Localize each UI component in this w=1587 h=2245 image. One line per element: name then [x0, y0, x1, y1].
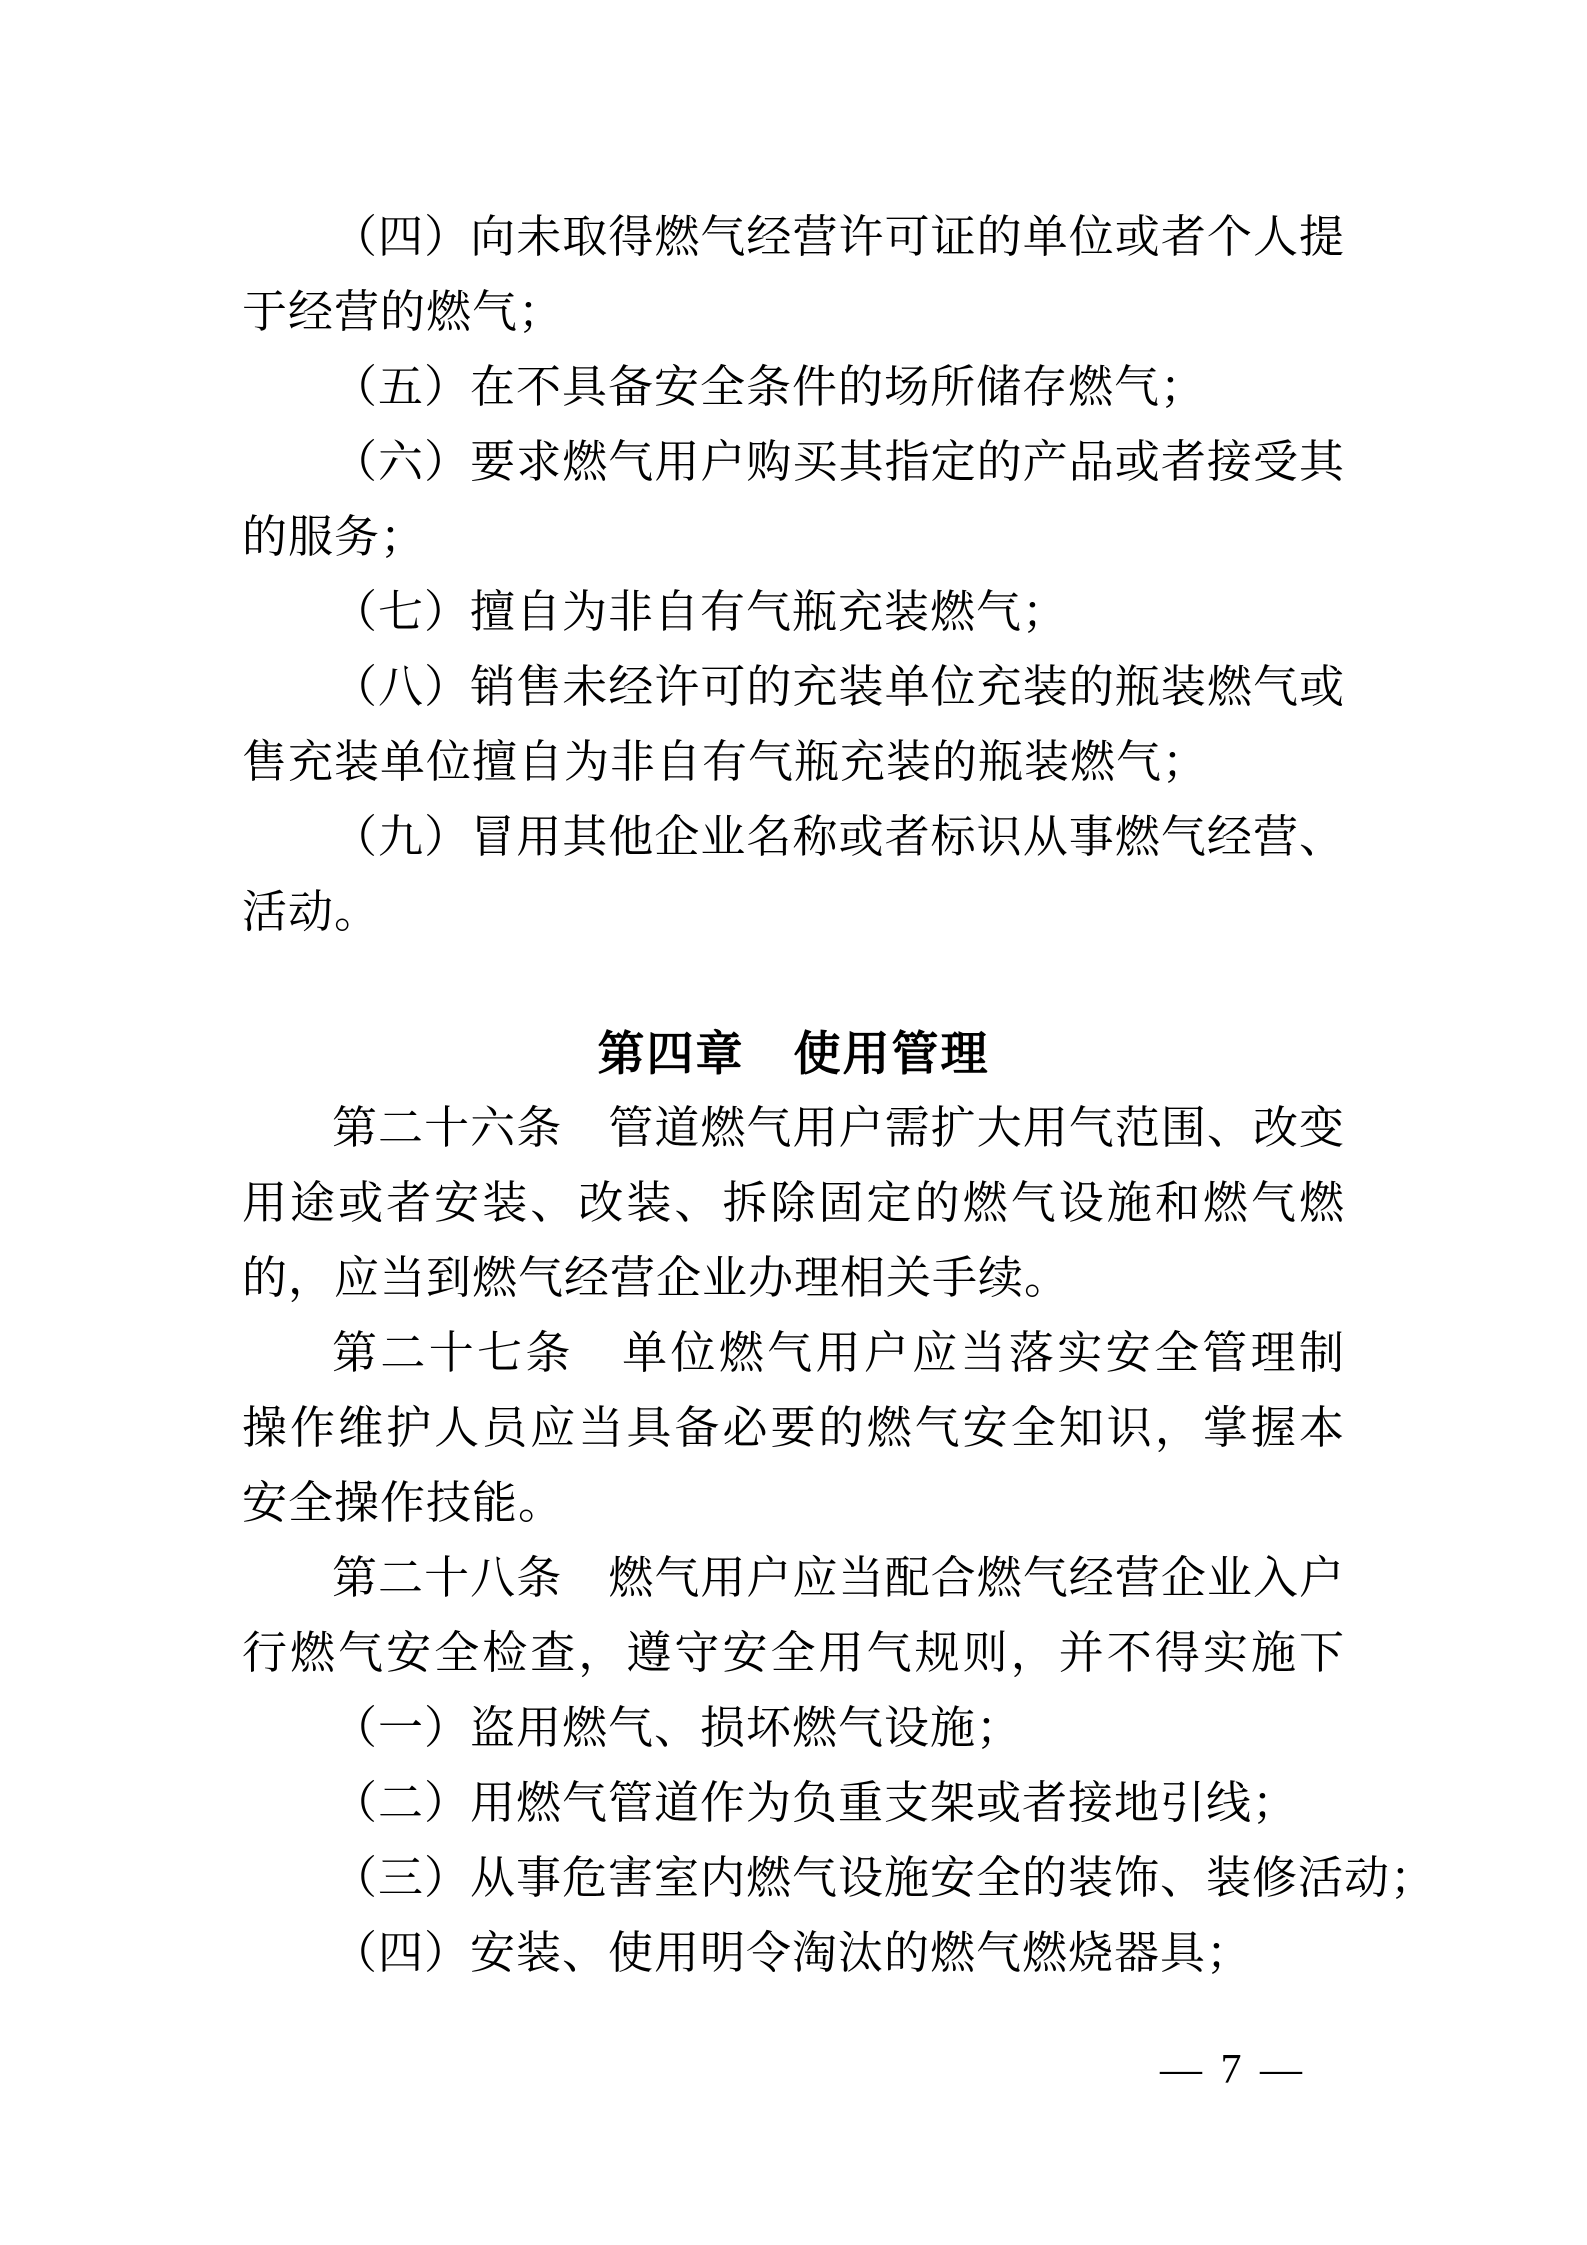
text-line: 第二十八条 燃气用户应当配合燃气经营企业入户进: [242, 1541, 1345, 1616]
text-line: （一）盗用燃气、损坏燃气设施；: [242, 1691, 1345, 1766]
chapter-heading: 第四章 使用管理: [242, 1016, 1345, 1091]
text-line: （七）擅自为非自有气瓶充装燃气；: [242, 575, 1345, 650]
text-line: 的服务；: [242, 500, 1345, 575]
text-line: （八）销售未经许可的充装单位充装的瓶装燃气或者销: [242, 650, 1345, 725]
text-line: （四）向未取得燃气经营许可证的单位或者个人提供用: [242, 200, 1345, 275]
document-page: （四）向未取得燃气经营许可证的单位或者个人提供用于经营的燃气；（五）在不具备安全…: [0, 0, 1587, 2245]
text-line: 安全操作技能。: [242, 1466, 1345, 1541]
paragraphs-after-heading: 第二十六条 管道燃气用户需扩大用气范围、改变燃气用途或者安装、改装、拆除固定的燃…: [242, 1091, 1345, 1991]
heading-spacer: [242, 950, 1345, 1016]
text-line: （五）在不具备安全条件的场所储存燃气；: [242, 350, 1345, 425]
text-line: 第二十六条 管道燃气用户需扩大用气范围、改变燃气: [242, 1091, 1345, 1166]
text-line: （四）安装、使用明令淘汰的燃气燃烧器具；: [242, 1916, 1345, 1991]
text-line: 操作维护人员应当具备必要的燃气安全知识，掌握本岗位的: [242, 1391, 1345, 1466]
text-line: （二）用燃气管道作为负重支架或者接地引线；: [242, 1766, 1345, 1841]
text-line: 售充装单位擅自为非自有气瓶充装的瓶装燃气；: [242, 725, 1345, 800]
text-line: 行燃气安全检查，遵守安全用气规则，并不得实施下列行为：: [242, 1616, 1345, 1691]
text-line: （九）冒用其他企业名称或者标识从事燃气经营、服务: [242, 800, 1345, 875]
text-line: （六）要求燃气用户购买其指定的产品或者接受其提供: [242, 425, 1345, 500]
paragraphs-before-heading: （四）向未取得燃气经营许可证的单位或者个人提供用于经营的燃气；（五）在不具备安全…: [242, 200, 1345, 950]
text-line: 用途或者安装、改装、拆除固定的燃气设施和燃气燃烧器具: [242, 1166, 1345, 1241]
text-line: 第二十七条 单位燃气用户应当落实安全管理制度，其: [242, 1316, 1345, 1391]
text-line: 于经营的燃气；: [242, 275, 1345, 350]
text-line: 的，应当到燃气经营企业办理相关手续。: [242, 1241, 1345, 1316]
text-line: （三）从事危害室内燃气设施安全的装饰、装修活动；: [242, 1841, 1345, 1916]
document-body: （四）向未取得燃气经营许可证的单位或者个人提供用于经营的燃气；（五）在不具备安全…: [242, 200, 1345, 1991]
page-number: — 7 —: [1160, 2045, 1306, 2095]
text-line: 活动。: [242, 875, 1345, 950]
